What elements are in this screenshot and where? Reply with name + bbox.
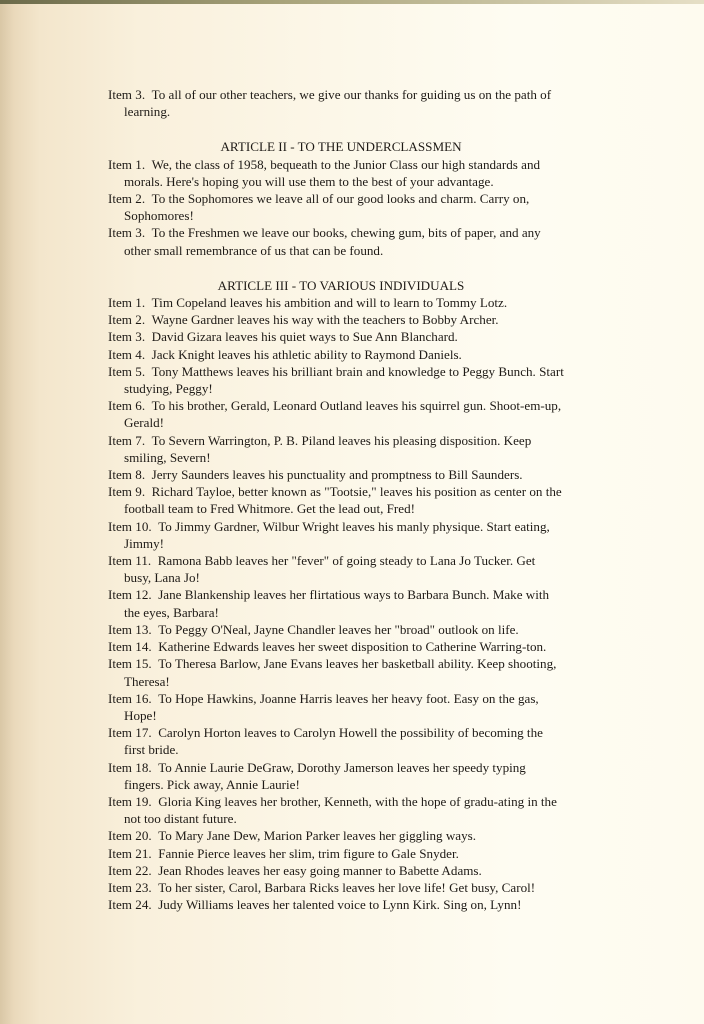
item-text: To Hope Hawkins, Joanne Harris leaves he…: [124, 691, 539, 723]
list-item: Item 14. Katherine Edwards leaves her sw…: [108, 638, 564, 655]
list-item: Item 13. To Peggy O'Neal, Jayne Chandler…: [108, 621, 564, 638]
list-item: Item 22. Jean Rhodes leaves her easy goi…: [108, 862, 564, 879]
list-item: Item 7. To Severn Warrington, P. B. Pila…: [108, 432, 564, 466]
item-text: To his brother, Gerald, Leonard Outland …: [124, 398, 561, 430]
list-item: Item 17. Carolyn Horton leaves to Caroly…: [108, 724, 564, 758]
item-text: To Peggy O'Neal, Jayne Chandler leaves h…: [158, 622, 518, 637]
item-label: Item 7.: [108, 433, 145, 448]
item-label: Item 20.: [108, 828, 152, 843]
item-text: To Jimmy Gardner, Wilbur Wright leaves h…: [124, 519, 550, 551]
item-label: Item 2.: [108, 312, 145, 327]
item-text: To Annie Laurie DeGraw, Dorothy Jamerson…: [124, 760, 526, 792]
list-item: Item 3. David Gizara leaves his quiet wa…: [108, 328, 564, 345]
item-text: Gloria King leaves her brother, Kenneth,…: [124, 794, 557, 826]
item-text: Jack Knight leaves his athletic ability …: [152, 347, 462, 362]
item-text: Jean Rhodes leaves her easy going manner…: [158, 863, 482, 878]
item-label: Item 23.: [108, 880, 152, 895]
item-label: Item 3.: [108, 87, 145, 102]
item-text: Katherine Edwards leaves her sweet dispo…: [158, 639, 546, 654]
list-item: Item 11. Ramona Babb leaves her "fever" …: [108, 552, 564, 586]
item-text: Fannie Pierce leaves her slim, trim figu…: [158, 846, 459, 861]
item-label: Item 4.: [108, 347, 145, 362]
list-item: Item 23. To her sister, Carol, Barbara R…: [108, 879, 564, 896]
item-text: We, the class of 1958, bequeath to the J…: [124, 157, 540, 189]
list-item: Item 21. Fannie Pierce leaves her slim, …: [108, 845, 564, 862]
list-item: Item 6. To his brother, Gerald, Leonard …: [108, 397, 564, 431]
article-3-items: Item 1. Tim Copeland leaves his ambition…: [108, 294, 564, 913]
item-label: Item 21.: [108, 846, 152, 861]
list-item: Item 5. Tony Matthews leaves his brillia…: [108, 363, 564, 397]
item-label: Item 14.: [108, 639, 152, 654]
item-label: Item 10.: [108, 519, 152, 534]
list-item: Item 1. Tim Copeland leaves his ambition…: [108, 294, 564, 311]
list-item: Item 15. To Theresa Barlow, Jane Evans l…: [108, 655, 564, 689]
item-label: Item 1.: [108, 157, 145, 172]
spacer: [108, 259, 564, 277]
item-label: Item 8.: [108, 467, 145, 482]
item-label: Item 6.: [108, 398, 145, 413]
item-text: To Severn Warrington, P. B. Piland leave…: [124, 433, 531, 465]
item-label: Item 18.: [108, 760, 152, 775]
item-text: To her sister, Carol, Barbara Ricks leav…: [158, 880, 535, 895]
item-label: Item 3.: [108, 329, 145, 344]
list-item: Item 2. To the Sophomores we leave all o…: [108, 190, 564, 224]
item-text: To the Sophomores we leave all of our go…: [124, 191, 529, 223]
article-2-items: Item 1. We, the class of 1958, bequeath …: [108, 156, 564, 259]
item-label: Item 22.: [108, 863, 152, 878]
item-text: Jerry Saunders leaves his punctuality an…: [152, 467, 523, 482]
item-text: To Mary Jane Dew, Marion Parker leaves h…: [158, 828, 476, 843]
list-item: Item 9. Richard Tayloe, better known as …: [108, 483, 564, 517]
item-text: To Theresa Barlow, Jane Evans leaves her…: [124, 656, 556, 688]
item-text: To the Freshmen we leave our books, chew…: [124, 225, 541, 257]
item-label: Item 15.: [108, 656, 152, 671]
spacer: [108, 120, 564, 138]
item-label: Item 11.: [108, 553, 151, 568]
item-text: Richard Tayloe, better known as "Tootsie…: [124, 484, 562, 516]
list-item: Item 18. To Annie Laurie DeGraw, Dorothy…: [108, 759, 564, 793]
item-text: To all of our other teachers, we give ou…: [124, 87, 551, 119]
list-item: Item 19. Gloria King leaves her brother,…: [108, 793, 564, 827]
list-item: Item 20. To Mary Jane Dew, Marion Parker…: [108, 827, 564, 844]
item-label: Item 16.: [108, 691, 152, 706]
item-label: Item 5.: [108, 364, 145, 379]
list-item: Item 4. Jack Knight leaves his athletic …: [108, 346, 564, 363]
article-3-heading: ARTICLE III - TO VARIOUS INDIVIDUALS: [108, 277, 564, 294]
list-item: Item 24. Judy Williams leaves her talent…: [108, 896, 564, 913]
item-label: Item 3.: [108, 225, 145, 240]
item-text: Jane Blankenship leaves her flirtatious …: [124, 587, 549, 619]
item-text: Ramona Babb leaves her "fever" of going …: [124, 553, 535, 585]
item-label: Item 17.: [108, 725, 152, 740]
page-top-edge: [0, 0, 704, 4]
item-text: Carolyn Horton leaves to Carolyn Howell …: [124, 725, 543, 757]
item-label: Item 24.: [108, 897, 152, 912]
intro-item-3: Item 3. To all of our other teachers, we…: [108, 86, 564, 120]
list-item: Item 16. To Hope Hawkins, Joanne Harris …: [108, 690, 564, 724]
list-item: Item 10. To Jimmy Gardner, Wilbur Wright…: [108, 518, 564, 552]
item-text: Judy Williams leaves her talented voice …: [158, 897, 521, 912]
list-item: Item 1. We, the class of 1958, bequeath …: [108, 156, 564, 190]
item-label: Item 9.: [108, 484, 145, 499]
document-page: Item 3. To all of our other teachers, we…: [108, 86, 564, 913]
list-item: Item 3. To the Freshmen we leave our boo…: [108, 224, 564, 258]
list-item: Item 8. Jerry Saunders leaves his punctu…: [108, 466, 564, 483]
item-text: Tim Copeland leaves his ambition and wil…: [152, 295, 508, 310]
article-2-heading: ARTICLE II - TO THE UNDERCLASSMEN: [108, 138, 564, 155]
list-item: Item 2. Wayne Gardner leaves his way wit…: [108, 311, 564, 328]
item-label: Item 19.: [108, 794, 152, 809]
item-text: Tony Matthews leaves his brilliant brain…: [124, 364, 564, 396]
item-label: Item 1.: [108, 295, 145, 310]
item-label: Item 12.: [108, 587, 152, 602]
item-label: Item 13.: [108, 622, 152, 637]
item-text: David Gizara leaves his quiet ways to Su…: [152, 329, 458, 344]
item-text: Wayne Gardner leaves his way with the te…: [152, 312, 499, 327]
list-item: Item 12. Jane Blankenship leaves her fli…: [108, 586, 564, 620]
item-label: Item 2.: [108, 191, 145, 206]
